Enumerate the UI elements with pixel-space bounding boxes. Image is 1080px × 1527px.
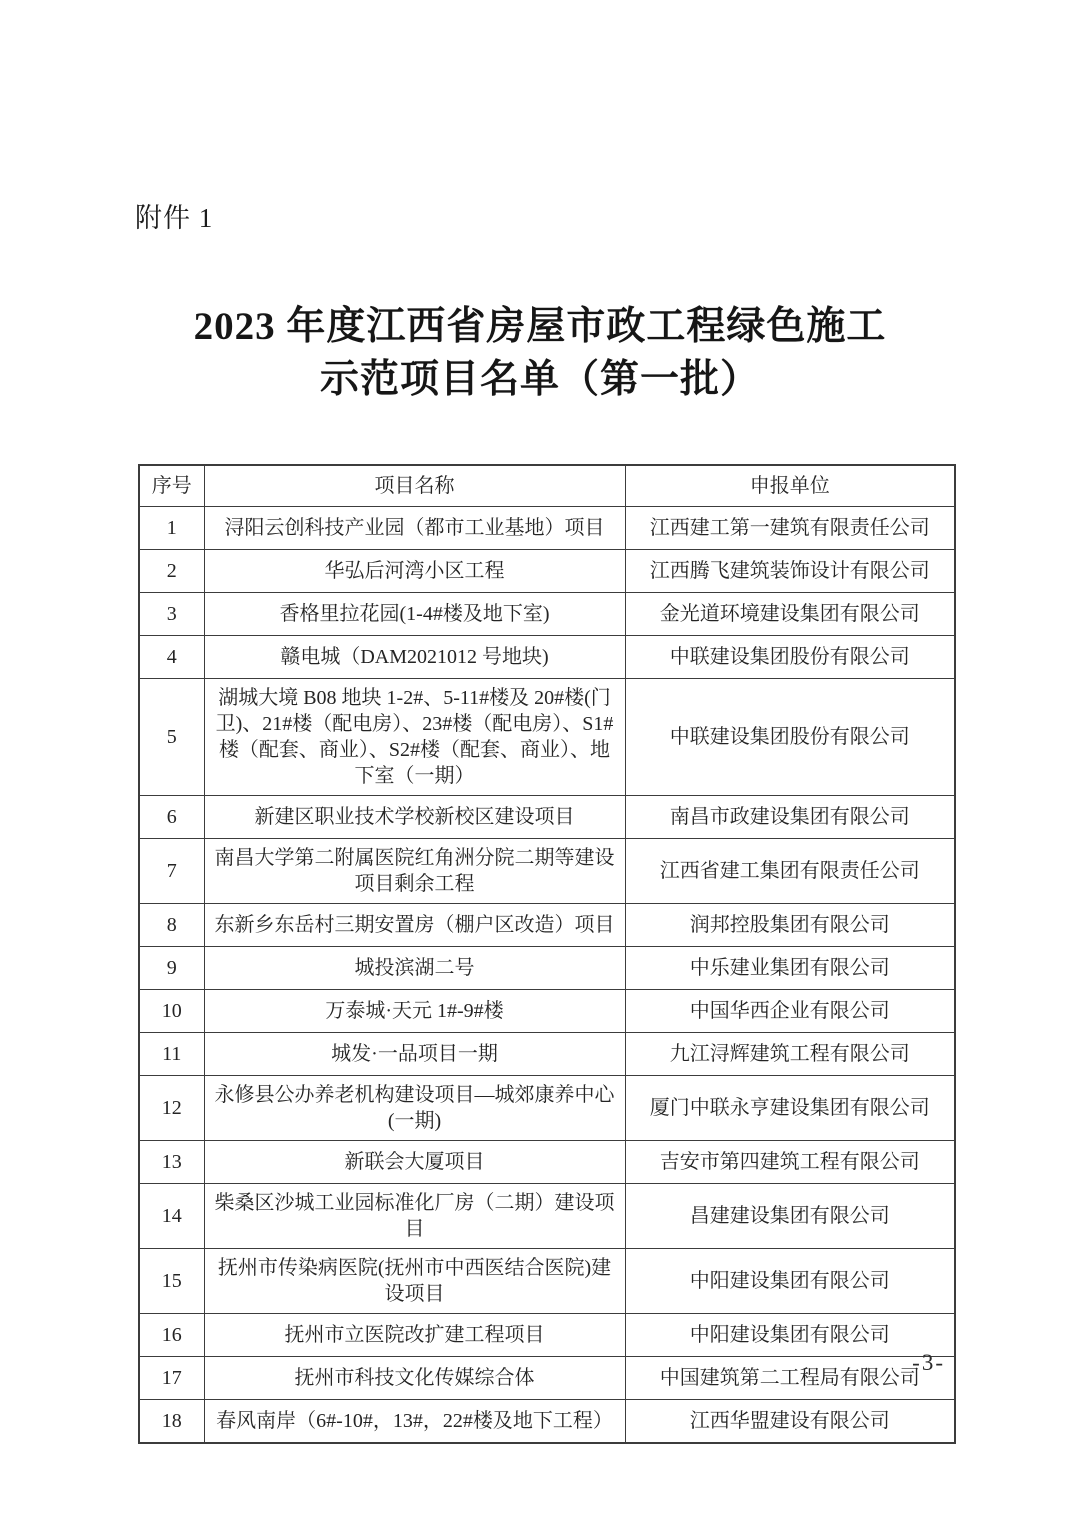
table-row: 6 新建区职业技术学校新校区建设项目 南昌市政建设集团有限公司 (139, 796, 955, 839)
row-applicant-unit: 金光道环境建设集团有限公司 (625, 593, 955, 636)
row-applicant-unit: 江西腾飞建筑装饰设计有限公司 (625, 550, 955, 593)
row-project-name: 南昌大学第二附属医院红角洲分院二期等建设项目剩余工程 (204, 839, 625, 904)
row-applicant-unit: 中联建设集团股份有限公司 (625, 636, 955, 679)
row-serial-number: 10 (139, 990, 204, 1033)
title-line-1: 2023 年度江西省房屋市政工程绿色施工 (0, 300, 1080, 353)
row-applicant-unit: 中国华西企业有限公司 (625, 990, 955, 1033)
table-row: 16 抚州市立医院改扩建工程项目 中阳建设集团有限公司 (139, 1314, 955, 1357)
row-project-name: 东新乡东岳村三期安置房（棚户区改造）项目 (204, 904, 625, 947)
row-project-name: 香格里拉花园(1-4#楼及地下室) (204, 593, 625, 636)
row-serial-number: 3 (139, 593, 204, 636)
row-project-name: 抚州市立医院改扩建工程项目 (204, 1314, 625, 1357)
row-applicant-unit: 厦门中联永亨建设集团有限公司 (625, 1076, 955, 1141)
header-applicant-unit: 申报单位 (625, 465, 955, 507)
row-project-name: 城发·一品项目一期 (204, 1033, 625, 1076)
row-applicant-unit: 江西建工第一建筑有限责任公司 (625, 507, 955, 550)
row-serial-number: 6 (139, 796, 204, 839)
row-project-name: 城投滨湖二号 (204, 947, 625, 990)
row-applicant-unit: 润邦控股集团有限公司 (625, 904, 955, 947)
row-serial-number: 4 (139, 636, 204, 679)
row-project-name: 新联会大厦项目 (204, 1141, 625, 1184)
row-serial-number: 8 (139, 904, 204, 947)
table-row: 7 南昌大学第二附属医院红角洲分院二期等建设项目剩余工程 江西省建工集团有限责任… (139, 839, 955, 904)
row-project-name: 柴桑区沙城工业园标准化厂房（二期）建设项目 (204, 1184, 625, 1249)
row-applicant-unit: 江西省建工集团有限责任公司 (625, 839, 955, 904)
row-serial-number: 1 (139, 507, 204, 550)
title-line-2: 示范项目名单（第一批） (0, 353, 1080, 406)
row-applicant-unit: 中阳建设集团有限公司 (625, 1314, 955, 1357)
row-project-name: 浔阳云创科技产业园（都市工业基地）项目 (204, 507, 625, 550)
table-row: 12 永修县公办养老机构建设项目—城郊康养中心(一期) 厦门中联永亨建设集团有限… (139, 1076, 955, 1141)
attachment-label: 附件 1 (135, 196, 213, 235)
row-serial-number: 9 (139, 947, 204, 990)
row-project-name: 抚州市传染病医院(抚州市中西医结合医院)建设项目 (204, 1249, 625, 1314)
table-row: 5 湖城大境 B08 地块 1-2#、5-11#楼及 20#楼(门卫)、21#楼… (139, 679, 955, 796)
row-applicant-unit: 南昌市政建设集团有限公司 (625, 796, 955, 839)
page-number: -3- (912, 1350, 945, 1376)
row-serial-number: 11 (139, 1033, 204, 1076)
row-project-name: 春风南岸（6#-10#，13#，22#楼及地下工程） (204, 1400, 625, 1444)
row-project-name: 万泰城·天元 1#-9#楼 (204, 990, 625, 1033)
project-table: 序号 项目名称 申报单位 1 浔阳云创科技产业园（都市工业基地）项目 江西建工第… (138, 464, 956, 1444)
table-row: 3 香格里拉花园(1-4#楼及地下室) 金光道环境建设集团有限公司 (139, 593, 955, 636)
row-project-name: 新建区职业技术学校新校区建设项目 (204, 796, 625, 839)
table-row: 15 抚州市传染病医院(抚州市中西医结合医院)建设项目 中阳建设集团有限公司 (139, 1249, 955, 1314)
row-applicant-unit: 中国建筑第二工程局有限公司 (625, 1357, 955, 1400)
table-row: 9 城投滨湖二号 中乐建业集团有限公司 (139, 947, 955, 990)
document-page: 附件 1 2023 年度江西省房屋市政工程绿色施工 示范项目名单（第一批） 序号… (0, 0, 1080, 1527)
table-row: 11 城发·一品项目一期 九江浔辉建筑工程有限公司 (139, 1033, 955, 1076)
row-serial-number: 13 (139, 1141, 204, 1184)
row-project-name: 赣电城（DAM2021012 号地块) (204, 636, 625, 679)
row-project-name: 抚州市科技文化传媒综合体 (204, 1357, 625, 1400)
table-row: 1 浔阳云创科技产业园（都市工业基地）项目 江西建工第一建筑有限责任公司 (139, 507, 955, 550)
table-header: 序号 项目名称 申报单位 (139, 465, 955, 507)
header-project-name: 项目名称 (204, 465, 625, 507)
header-row: 序号 项目名称 申报单位 (139, 465, 955, 507)
row-serial-number: 17 (139, 1357, 204, 1400)
table-body: 1 浔阳云创科技产业园（都市工业基地）项目 江西建工第一建筑有限责任公司 2 华… (139, 507, 955, 1444)
header-serial-number: 序号 (139, 465, 204, 507)
row-project-name: 湖城大境 B08 地块 1-2#、5-11#楼及 20#楼(门卫)、21#楼（配… (204, 679, 625, 796)
table-row: 10 万泰城·天元 1#-9#楼 中国华西企业有限公司 (139, 990, 955, 1033)
row-applicant-unit: 中乐建业集团有限公司 (625, 947, 955, 990)
row-serial-number: 5 (139, 679, 204, 796)
row-applicant-unit: 江西华盟建设有限公司 (625, 1400, 955, 1444)
document-title: 2023 年度江西省房屋市政工程绿色施工 示范项目名单（第一批） (0, 300, 1080, 406)
table-row: 17 抚州市科技文化传媒综合体 中国建筑第二工程局有限公司 (139, 1357, 955, 1400)
row-applicant-unit: 中联建设集团股份有限公司 (625, 679, 955, 796)
row-project-name: 华弘后河湾小区工程 (204, 550, 625, 593)
row-serial-number: 7 (139, 839, 204, 904)
row-applicant-unit: 昌建建设集团有限公司 (625, 1184, 955, 1249)
table-row: 2 华弘后河湾小区工程 江西腾飞建筑装饰设计有限公司 (139, 550, 955, 593)
table-row: 14 柴桑区沙城工业园标准化厂房（二期）建设项目 昌建建设集团有限公司 (139, 1184, 955, 1249)
table-row: 13 新联会大厦项目 吉安市第四建筑工程有限公司 (139, 1141, 955, 1184)
row-applicant-unit: 九江浔辉建筑工程有限公司 (625, 1033, 955, 1076)
row-serial-number: 18 (139, 1400, 204, 1444)
row-project-name: 永修县公办养老机构建设项目—城郊康养中心(一期) (204, 1076, 625, 1141)
row-applicant-unit: 中阳建设集团有限公司 (625, 1249, 955, 1314)
table-row: 8 东新乡东岳村三期安置房（棚户区改造）项目 润邦控股集团有限公司 (139, 904, 955, 947)
table-row: 18 春风南岸（6#-10#，13#，22#楼及地下工程） 江西华盟建设有限公司 (139, 1400, 955, 1444)
table-row: 4 赣电城（DAM2021012 号地块) 中联建设集团股份有限公司 (139, 636, 955, 679)
row-serial-number: 2 (139, 550, 204, 593)
row-serial-number: 16 (139, 1314, 204, 1357)
row-serial-number: 15 (139, 1249, 204, 1314)
row-applicant-unit: 吉安市第四建筑工程有限公司 (625, 1141, 955, 1184)
row-serial-number: 12 (139, 1076, 204, 1141)
row-serial-number: 14 (139, 1184, 204, 1249)
